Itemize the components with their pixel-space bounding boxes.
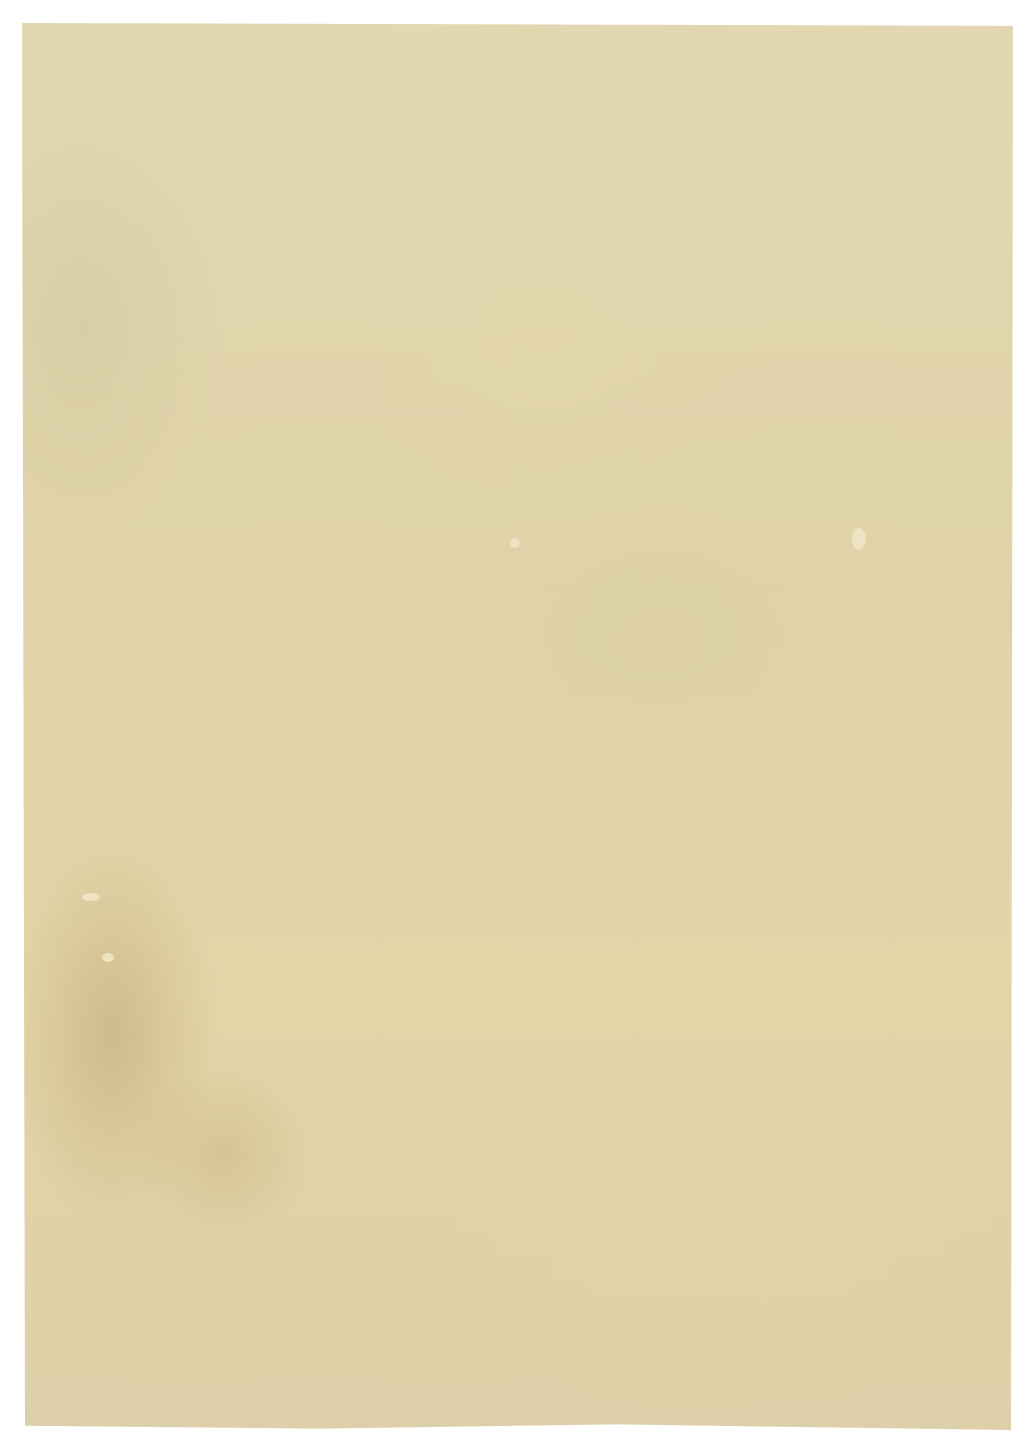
aged-paper-sheet xyxy=(22,23,1013,1430)
paper-flake xyxy=(102,953,114,962)
paper-flake xyxy=(82,893,100,901)
paper-flake xyxy=(510,538,520,548)
paper-flake xyxy=(852,528,866,550)
